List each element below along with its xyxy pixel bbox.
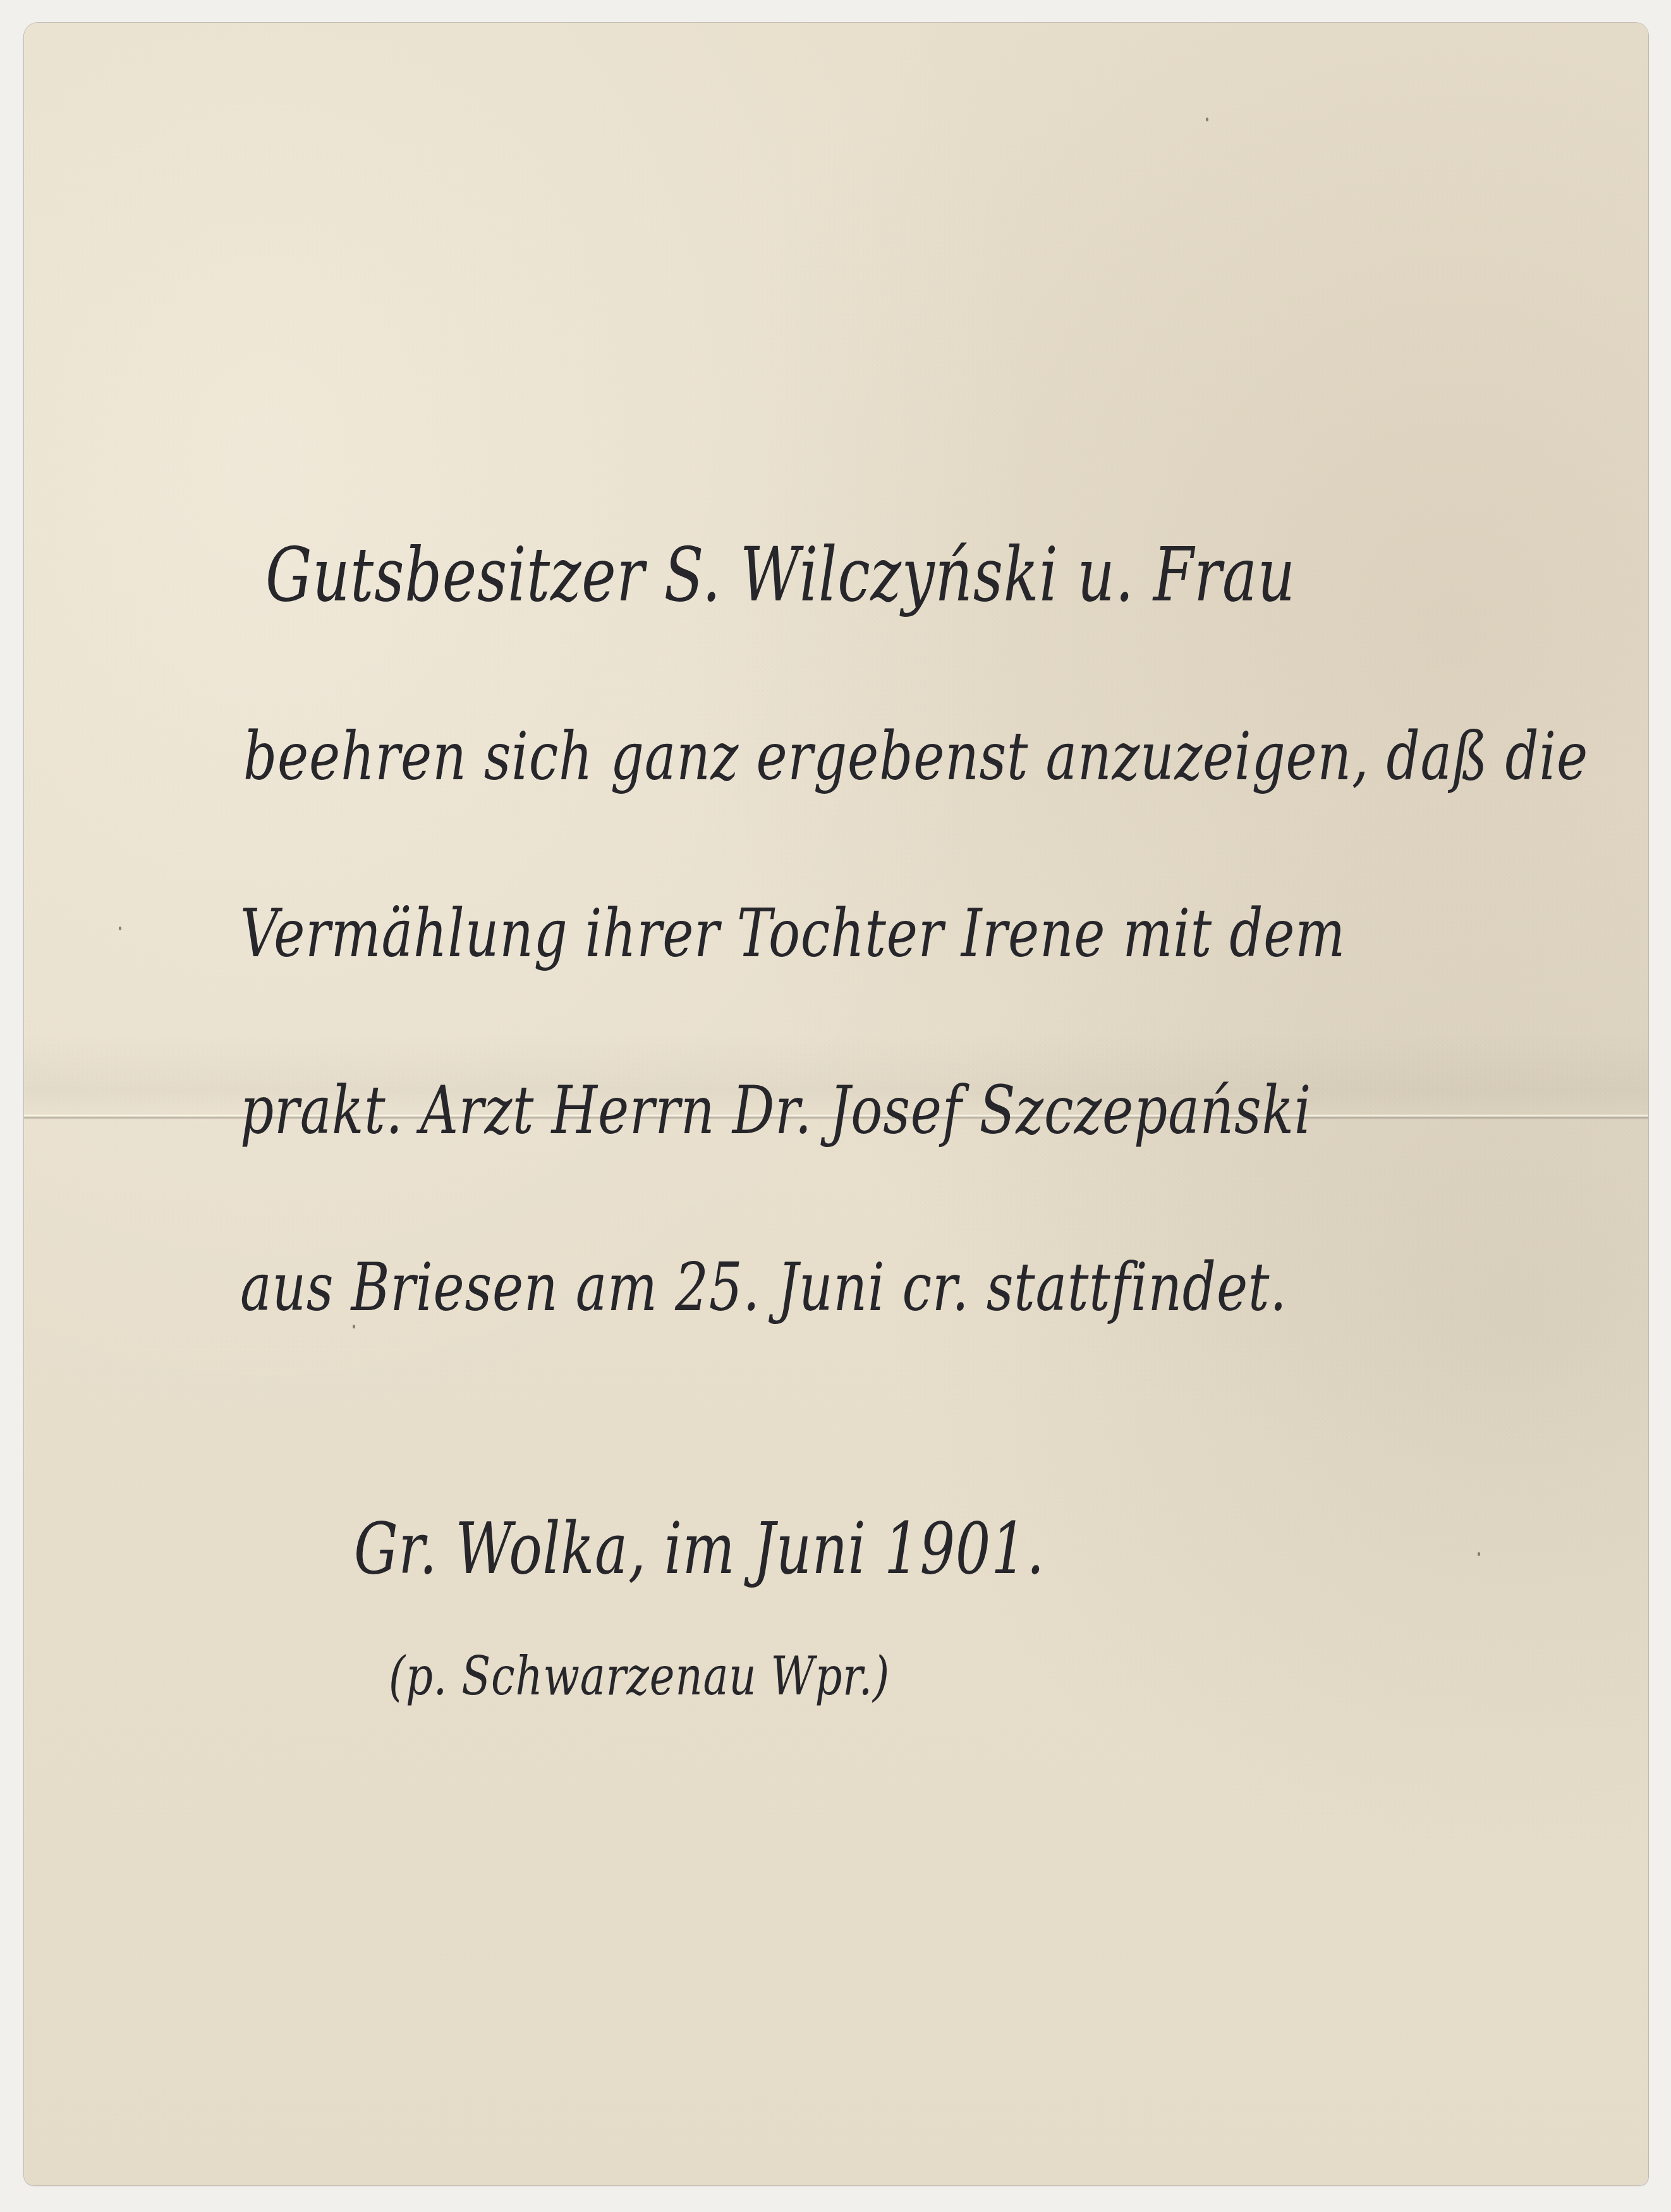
announcement-line-4: prakt. Arzt Herrn Dr. Josef Szczepański	[240, 1078, 1311, 1143]
announcement-line-2: beehren sich ganz ergebenst anzuzeigen, …	[243, 724, 1588, 789]
ink-speck	[1478, 1552, 1480, 1556]
announcement-line-3: Vermählung ihrer Tochter Irene mit dem	[240, 901, 1346, 966]
announcement-line-1: Gutsbesitzer S. Wilczyński u. Frau	[265, 537, 1296, 612]
closing-postal-note: (p. Schwarzenau Wpr.)	[389, 1650, 890, 1703]
closing-place-date: Gr. Wolka, im Juni 1901.	[354, 1514, 1045, 1584]
announcement-line-5: aus Briesen am 25. Juni cr. stattfindet.	[240, 1255, 1287, 1320]
ink-speck	[1206, 118, 1208, 121]
ink-speck	[119, 927, 121, 930]
